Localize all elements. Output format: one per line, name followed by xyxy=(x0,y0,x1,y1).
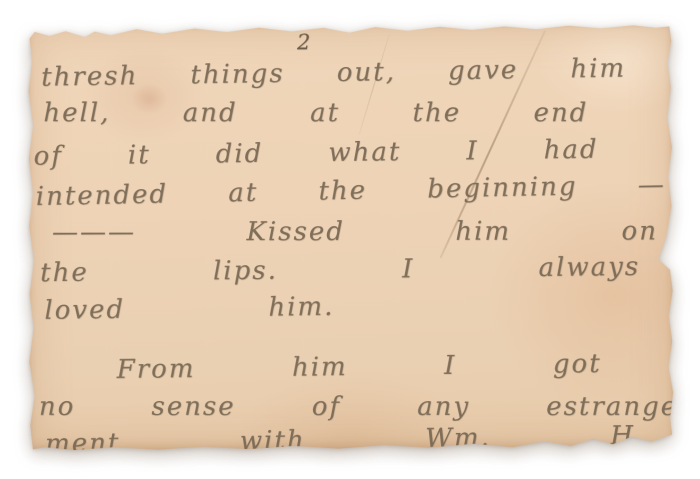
note-paper-shadow-wrap: 2 thresh things out, gave him hell, and … xyxy=(27,24,674,450)
handwriting-line-6: the lips. I always xyxy=(40,250,640,290)
note-paper: 2 thresh things out, gave him hell, and … xyxy=(27,24,674,450)
handwriting-line-7: loved him. xyxy=(44,290,334,328)
handwriting-line-4: intended at the beginning — xyxy=(35,168,666,214)
page-number: 2 xyxy=(297,30,311,54)
handwriting-line-8: From him I got xyxy=(116,347,601,387)
handwriting-line-5: ——— Kissed him on xyxy=(52,214,658,249)
photo-background: 2 thresh things out, gave him hell, and … xyxy=(0,0,700,479)
handwriting-line-1: thresh things out, gave him xyxy=(41,51,626,94)
handwriting-line-10: ment with Wm. H xyxy=(45,419,635,461)
handwriting-line-3: of it did what I had xyxy=(33,133,598,174)
handwriting-line-2: hell, and at the end xyxy=(43,96,588,130)
